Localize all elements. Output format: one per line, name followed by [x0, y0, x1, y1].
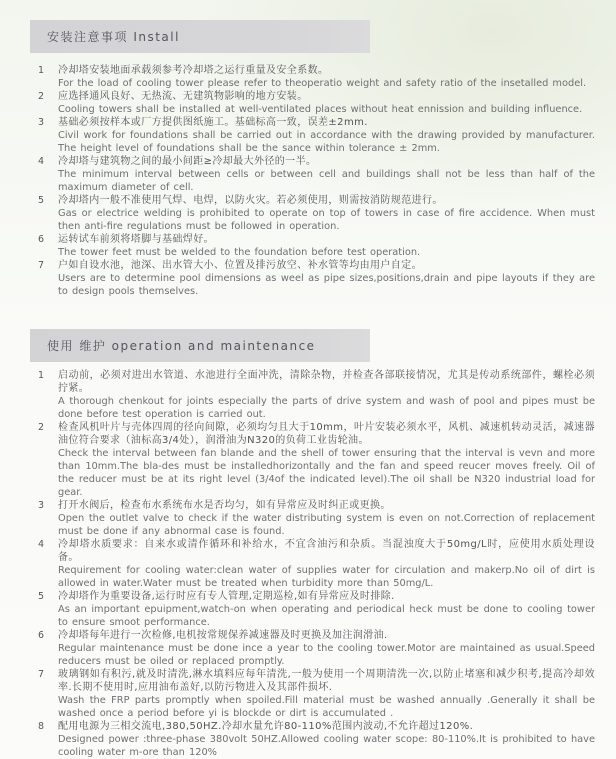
item-body: 冷却塔内一般不准使用气焊、电焊，以防火灾。若必须使用，则需按消防规范进行。 Ga…	[58, 194, 595, 233]
item-body: 户如自设水池，池深、出水管大小、位置及排污放空、补水管等均由用户自定。 User…	[58, 259, 595, 298]
section-header-maintenance: 使用 维护 operation and maintenance	[30, 329, 370, 362]
item-body: 冷却塔与建筑物之间的最小间距≥冷却最大外径的一半。 The minimum in…	[58, 155, 595, 194]
instruction-item: 5 冷却塔作为重要设备,运行时应有专人管理,定期巡检,如有异常应及时排除. As…	[38, 590, 595, 629]
instruction-item: 3 打开水阀后，检查布水系统布水是否均匀，如有异常应及时纠正或更换。 Open …	[38, 499, 595, 538]
item-text-english: Gas or electrice welding is prohibited t…	[58, 207, 595, 233]
item-text-english: Regular maintenance must be done ince a …	[58, 642, 595, 668]
item-number: 3	[38, 116, 58, 155]
section-header-install: 安装注意事项 Install	[30, 20, 370, 53]
item-body: 配用电源为三相交流电,380,50HZ.冷却水量允许80-110%范围内波动,不…	[58, 720, 595, 759]
item-number: 2	[38, 421, 58, 499]
section-install: 安装注意事项 Install 1 冷却塔安装地面承载须参考冷却塔之运行重量及安全…	[0, 20, 616, 298]
item-text-english: As an important epuipment,watch-on when …	[58, 603, 595, 629]
instruction-item: 2 检查风机叶片与壳体四周的径向间隙，必须均匀且大于10mm，叶片安装必须水平，…	[38, 421, 595, 499]
item-text-chinese: 配用电源为三相交流电,380,50HZ.冷却水量允许80-110%范围内波动,不…	[58, 720, 595, 733]
item-number: 6	[38, 233, 58, 259]
instruction-item: 1 冷却塔安装地面承载须参考冷却塔之运行重量及安全系数。 For the loa…	[38, 64, 595, 90]
section-title-install: 安装注意事项 Install	[47, 28, 180, 45]
item-number: 8	[38, 720, 58, 759]
item-body: 打开水阀后，检查布水系统布水是否均匀，如有异常应及时纠正或更换。 Open th…	[58, 499, 595, 538]
item-text-chinese: 户如自设水池，池深、出水管大小、位置及排污放空、补水管等均由用户自定。	[58, 259, 595, 272]
item-number: 3	[38, 499, 58, 538]
item-text-chinese: 打开水阀后，检查布水系统布水是否均匀，如有异常应及时纠正或更换。	[58, 499, 595, 512]
item-text-chinese: 冷却塔安装地面承载须参考冷却塔之运行重量及安全系数。	[58, 64, 595, 77]
item-text-english: The minimum interval between cells or be…	[58, 168, 595, 194]
item-body: 基础必须按样本或厂方提供图纸施工。基础标高一致，误差±2mm. Civil wo…	[58, 116, 595, 155]
section-maintenance: 使用 维护 operation and maintenance 1 启动前，必须…	[0, 329, 616, 759]
instruction-item: 6 运转试车前须将塔脚与基础焊好。 The tower feet must be…	[38, 233, 595, 259]
instruction-item: 7 户如自设水池，池深、出水管大小、位置及排污放空、补水管等均由用户自定。 Us…	[38, 259, 595, 298]
item-text-chinese: 冷却塔作为重要设备,运行时应有专人管理,定期巡检,如有异常应及时排除.	[58, 590, 595, 603]
item-text-english: Wash the FRP parts promptly when spoiled…	[58, 694, 595, 720]
item-text-chinese: 检查风机叶片与壳体四周的径向间隙，必须均匀且大于10mm，叶片安装必须水平，风机…	[58, 421, 595, 447]
item-text-chinese: 冷却塔与建筑物之间的最小间距≥冷却最大外径的一半。	[58, 155, 595, 168]
install-item-list: 1 冷却塔安装地面承载须参考冷却塔之运行重量及安全系数。 For the loa…	[38, 64, 595, 298]
item-number: 4	[38, 538, 58, 590]
instruction-item: 6 冷却塔每年进行一次检修,电机按常规保养减速器及时更换及加注润滑油. Regu…	[38, 629, 595, 668]
item-number: 5	[38, 590, 58, 629]
item-number: 7	[38, 259, 58, 298]
item-text-english: The tower feet must be welded to the fou…	[58, 246, 595, 259]
instruction-item: 1 启动前，必须对进出水管道、水池进行全面冲洗，清除杂物，并检查各部联接情况，尤…	[38, 369, 595, 421]
item-text-english: Designed power :three-phase 380volt 50HZ…	[58, 733, 595, 759]
item-text-english: For the load of cooling tower please ref…	[58, 77, 595, 90]
item-text-chinese: 应选择通风良好、无热流、无建筑物影响的地方安装。	[58, 90, 595, 103]
item-number: 7	[38, 668, 58, 720]
item-body: 冷却塔每年进行一次检修,电机按常规保养减速器及时更换及加注润滑油. Regula…	[58, 629, 595, 668]
item-body: 应选择通风良好、无热流、无建筑物影响的地方安装。 Cooling towers …	[58, 90, 595, 116]
item-text-chinese: 冷却塔每年进行一次检修,电机按常规保养减速器及时更换及加注润滑油.	[58, 629, 595, 642]
item-text-chinese: 基础必须按样本或厂方提供图纸施工。基础标高一致，误差±2mm.	[58, 116, 595, 129]
item-body: 玻璃钢如有积污,就及时清洗,淋水填料应每年清洗,一般为使用一个周期清洗一次,以防…	[58, 668, 595, 720]
item-text-english: Civil work for foundations shall be carr…	[58, 129, 595, 155]
item-text-chinese: 启动前，必须对进出水管道、水池进行全面冲洗，清除杂物，并检查各部联接情况，尤其是…	[58, 369, 595, 395]
item-number: 6	[38, 629, 58, 668]
instruction-item: 7 玻璃钢如有积污,就及时清洗,淋水填料应每年清洗,一般为使用一个周期清洗一次,…	[38, 668, 595, 720]
item-number: 4	[38, 155, 58, 194]
item-body: 冷却塔安装地面承载须参考冷却塔之运行重量及安全系数。 For the load …	[58, 64, 595, 90]
instruction-item: 4 冷却塔与建筑物之间的最小间距≥冷却最大外径的一半。 The minimum …	[38, 155, 595, 194]
item-number: 1	[38, 369, 58, 421]
item-body: 冷却塔水质要求：自来水或清作循环和补给水，不宜含油污和杂质。当混浊度大于50mg…	[58, 538, 595, 590]
item-text-chinese: 运转试车前须将塔脚与基础焊好。	[58, 233, 595, 246]
instruction-item: 3 基础必须按样本或厂方提供图纸施工。基础标高一致，误差±2mm. Civil …	[38, 116, 595, 155]
item-number: 2	[38, 90, 58, 116]
item-body: 检查风机叶片与壳体四周的径向间隙，必须均匀且大于10mm，叶片安装必须水平，风机…	[58, 421, 595, 499]
item-text-english: Check the interval between fan blande an…	[58, 447, 595, 499]
item-text-english: Cooling towers shall be installed at wel…	[58, 103, 595, 116]
section-title-maintenance: 使用 维护 operation and maintenance	[47, 337, 316, 354]
item-text-english: Open the outlet valve to check if the wa…	[58, 512, 595, 538]
item-body: 启动前，必须对进出水管道、水池进行全面冲洗，清除杂物，并检查各部联接情况，尤其是…	[58, 369, 595, 421]
item-text-chinese: 冷却塔内一般不准使用气焊、电焊，以防火灾。若必须使用，则需按消防规范进行。	[58, 194, 595, 207]
item-body: 运转试车前须将塔脚与基础焊好。 The tower feet must be w…	[58, 233, 595, 259]
maintenance-item-list: 1 启动前，必须对进出水管道、水池进行全面冲洗，清除杂物，并检查各部联接情况，尤…	[38, 369, 595, 759]
item-text-english: Users are to determine pool dimensions a…	[58, 272, 595, 298]
item-number: 5	[38, 194, 58, 233]
item-number: 1	[38, 64, 58, 90]
instruction-item: 5 冷却塔内一般不准使用气焊、电焊，以防火灾。若必须使用，则需按消防规范进行。 …	[38, 194, 595, 233]
item-text-chinese: 冷却塔水质要求：自来水或清作循环和补给水，不宜含油污和杂质。当混浊度大于50mg…	[58, 538, 595, 564]
instruction-item: 2 应选择通风良好、无热流、无建筑物影响的地方安装。 Cooling tower…	[38, 90, 595, 116]
item-text-english: Requirement for cooling water:clean wate…	[58, 564, 595, 590]
instruction-item: 8 配用电源为三相交流电,380,50HZ.冷却水量允许80-110%范围内波动…	[38, 720, 595, 759]
instruction-item: 4 冷却塔水质要求：自来水或清作循环和补给水，不宜含油污和杂质。当混浊度大于50…	[38, 538, 595, 590]
document-page: 安装注意事项 Install 1 冷却塔安装地面承载须参考冷却塔之运行重量及安全…	[0, 0, 616, 759]
item-text-chinese: 玻璃钢如有积污,就及时清洗,淋水填料应每年清洗,一般为使用一个周期清洗一次,以防…	[58, 668, 595, 694]
item-text-english: A thorough chenkout for joints especiall…	[58, 395, 595, 421]
item-body: 冷却塔作为重要设备,运行时应有专人管理,定期巡检,如有异常应及时排除. As a…	[58, 590, 595, 629]
